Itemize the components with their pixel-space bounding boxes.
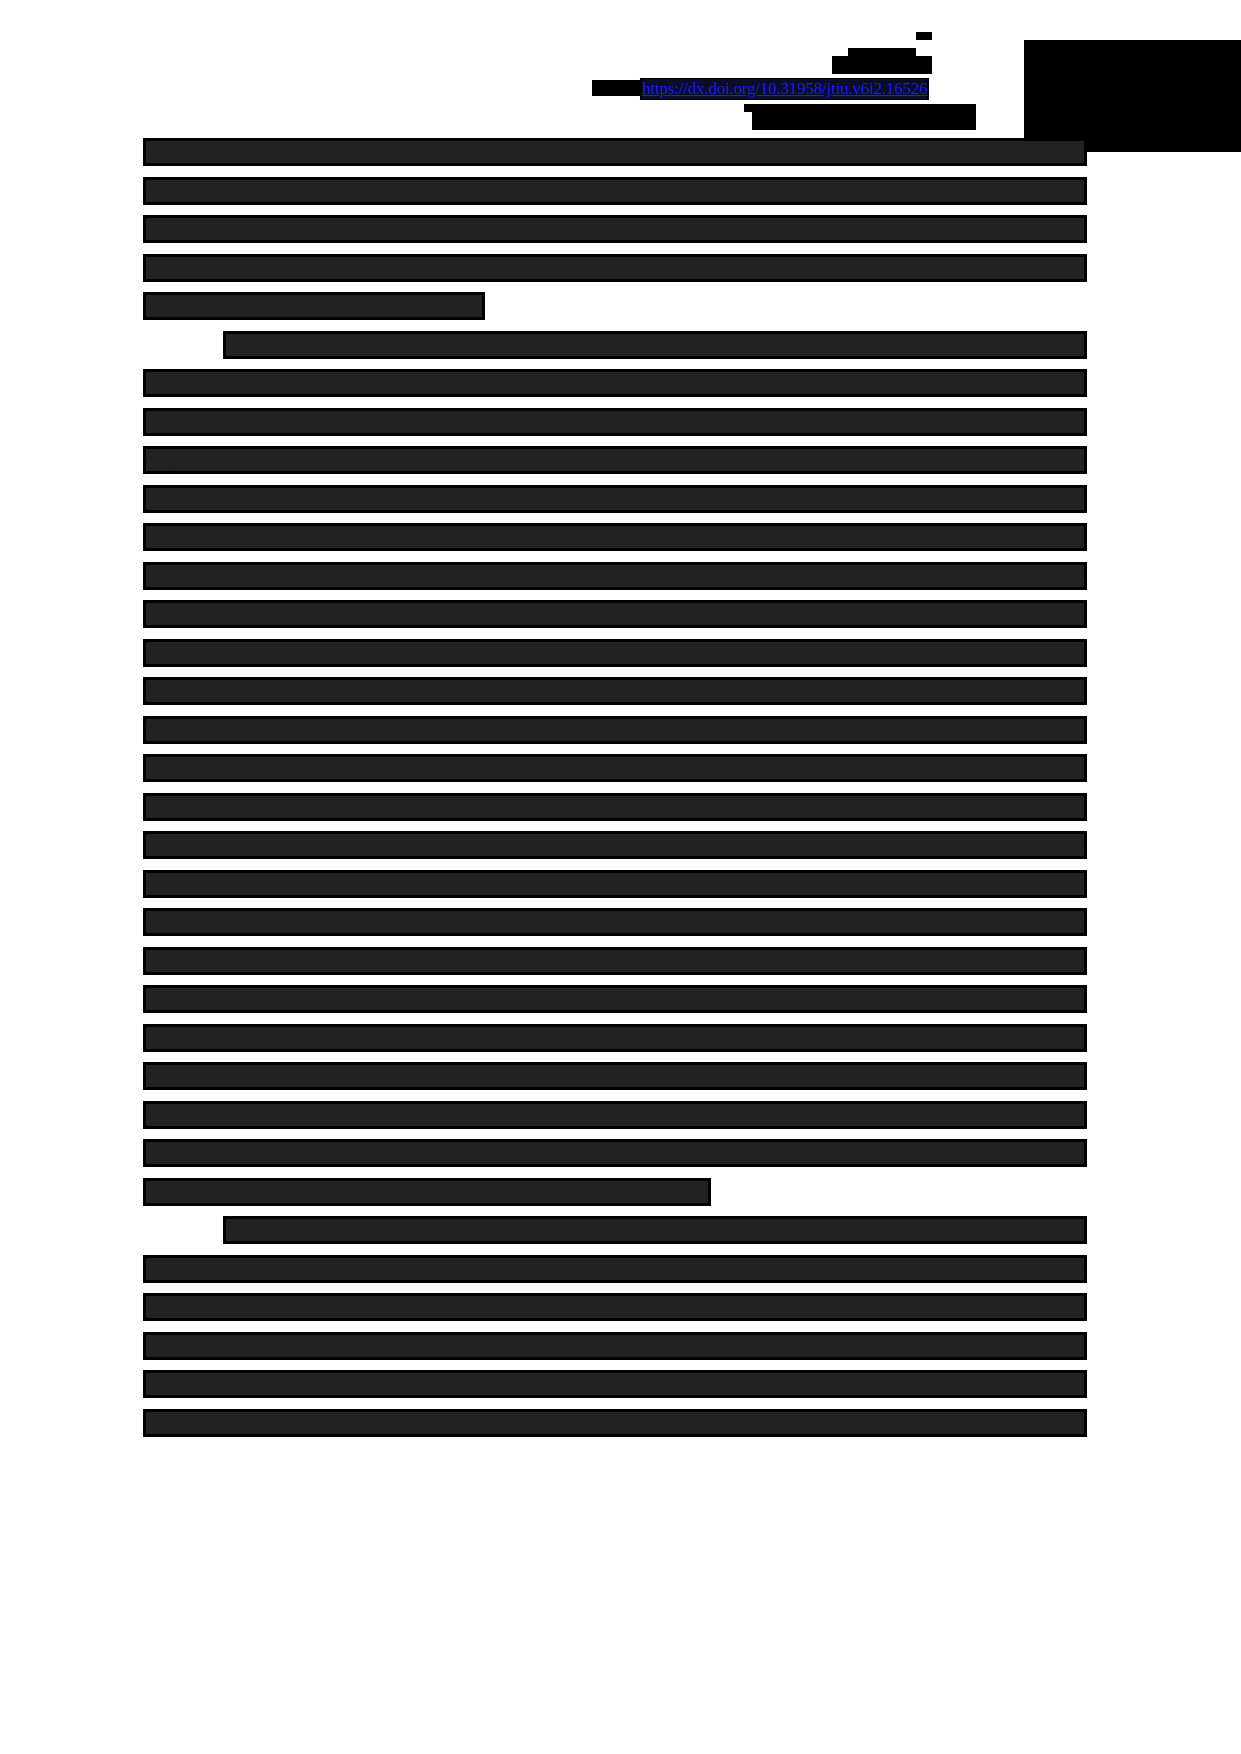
text-line: pada pasien yang menjalani perawatan di … [145, 865, 1085, 904]
header-redaction-top [848, 48, 916, 56]
text-line: hari masih belum banyak dilakukan terhad… [145, 518, 1085, 557]
text-line: dengan metode cross-sectional dan analis… [145, 903, 1085, 942]
text-line: individu yang tidak mendapatkan dukungan… [145, 595, 1085, 634]
text-line: sakit (Wijaya, Kusuma, 2020). Dukungan k… [145, 1365, 1085, 1404]
text-line: kesehatan dan psikologi masyarakat terut… [145, 249, 1085, 288]
header-redaction-below-1 [744, 104, 976, 112]
text-line: dan dianalisis menggunakan uji chi-squar… [145, 1096, 1085, 1135]
text-line: Indonesia berada pada kategori sedang hi… [145, 403, 1085, 442]
text-line: tertentu tercatat, sehingga kecemasan me… [145, 172, 1085, 211]
document-body: dan menurut data Kementerian Kesehatan R… [145, 133, 1085, 1442]
text-line: meningkatkan kesejahteraan psikologis pa… [145, 1327, 1085, 1366]
text-line: sehingga hasil penelitian dapat digenera… [145, 1134, 1085, 1173]
text-line: yang komprehensif melalui pendekatan ter… [145, 672, 1085, 711]
header-redaction-below-2 [752, 112, 976, 130]
text-line: telah diuji validitas dan reliabilitasny… [145, 1057, 1085, 1096]
paragraph-1: dan menurut data Kementerian Kesehatan R… [145, 133, 1085, 326]
paragraph-3: Tingkat kecemasan pada pasien dipengaruh… [145, 1211, 1085, 1442]
text-line: untuk melihat hubungan antara tingkat ke… [145, 826, 1085, 865]
text-line: membantu pasien menghadapi kecemasan dan… [145, 1404, 1085, 1443]
text-line: Tingkat kecemasan pada pasien dipengaruh… [145, 1211, 1085, 1250]
text-line: dan menurut data Kementerian Kesehatan R… [145, 133, 1085, 172]
text-line: (Wahyuni et al., 2021). Sampel dipilih s… [145, 942, 1085, 981]
text-line: kriteria inklusi dan eksklusi yang telah… [145, 980, 1085, 1019]
paragraph-2: Pada tahun 2022, menurut data penelitian… [145, 326, 1085, 1212]
text-line: et al., 2021; Putri, 2020). Oleh karena … [145, 634, 1085, 673]
header-mark-small [916, 32, 932, 40]
text-line: menjadi masalah yang membutuhkan perhati… [145, 210, 1085, 249]
text-line: kualitas hidup pasien dan keluarga dalam… [145, 749, 1085, 788]
doi-link[interactable]: https://dx.doi.org/10.31958/jtiu.v6i2.16… [642, 79, 927, 99]
text-line: mengalami gangguan kecemasan dan depresi… [145, 364, 1085, 403]
header-redaction-side [592, 80, 640, 96]
text-line: (Rahmah, Setiawan, & Utomo, 2019; Zahra,… [145, 788, 1085, 827]
text-line: sehingga kecemasan dapat memicu stres da… [145, 557, 1085, 596]
text-line: pendidikan, pekerjaan, usia, jenis kelam… [145, 1250, 1085, 1289]
header-redaction-line [832, 56, 932, 74]
text-line: et al., 2022; Lestari, 2021). [145, 287, 1085, 326]
text-line: tinggi (Kementerian Kesehatan, 2022; Pus… [145, 441, 1085, 480]
text-line: Pada tahun 2022, menurut data penelitian… [145, 326, 1085, 365]
text-line: 2020). Sementara, penelitian mengenai pe… [145, 480, 1085, 519]
text-line: luas serta memberikan kontribusi bagi pe… [145, 1173, 1085, 1212]
text-line: terbukti efektif dalam mengurangi tingka… [145, 711, 1085, 750]
text-line: 2019; Notoatmodjo, 2018). Data dikumpulk… [145, 1019, 1085, 1058]
text-line: sehingga perlu adanya intervensi yang te… [145, 1288, 1085, 1327]
doi-container: https://dx.doi.org/10.31958/jtiu.v6i2.16… [640, 78, 929, 100]
